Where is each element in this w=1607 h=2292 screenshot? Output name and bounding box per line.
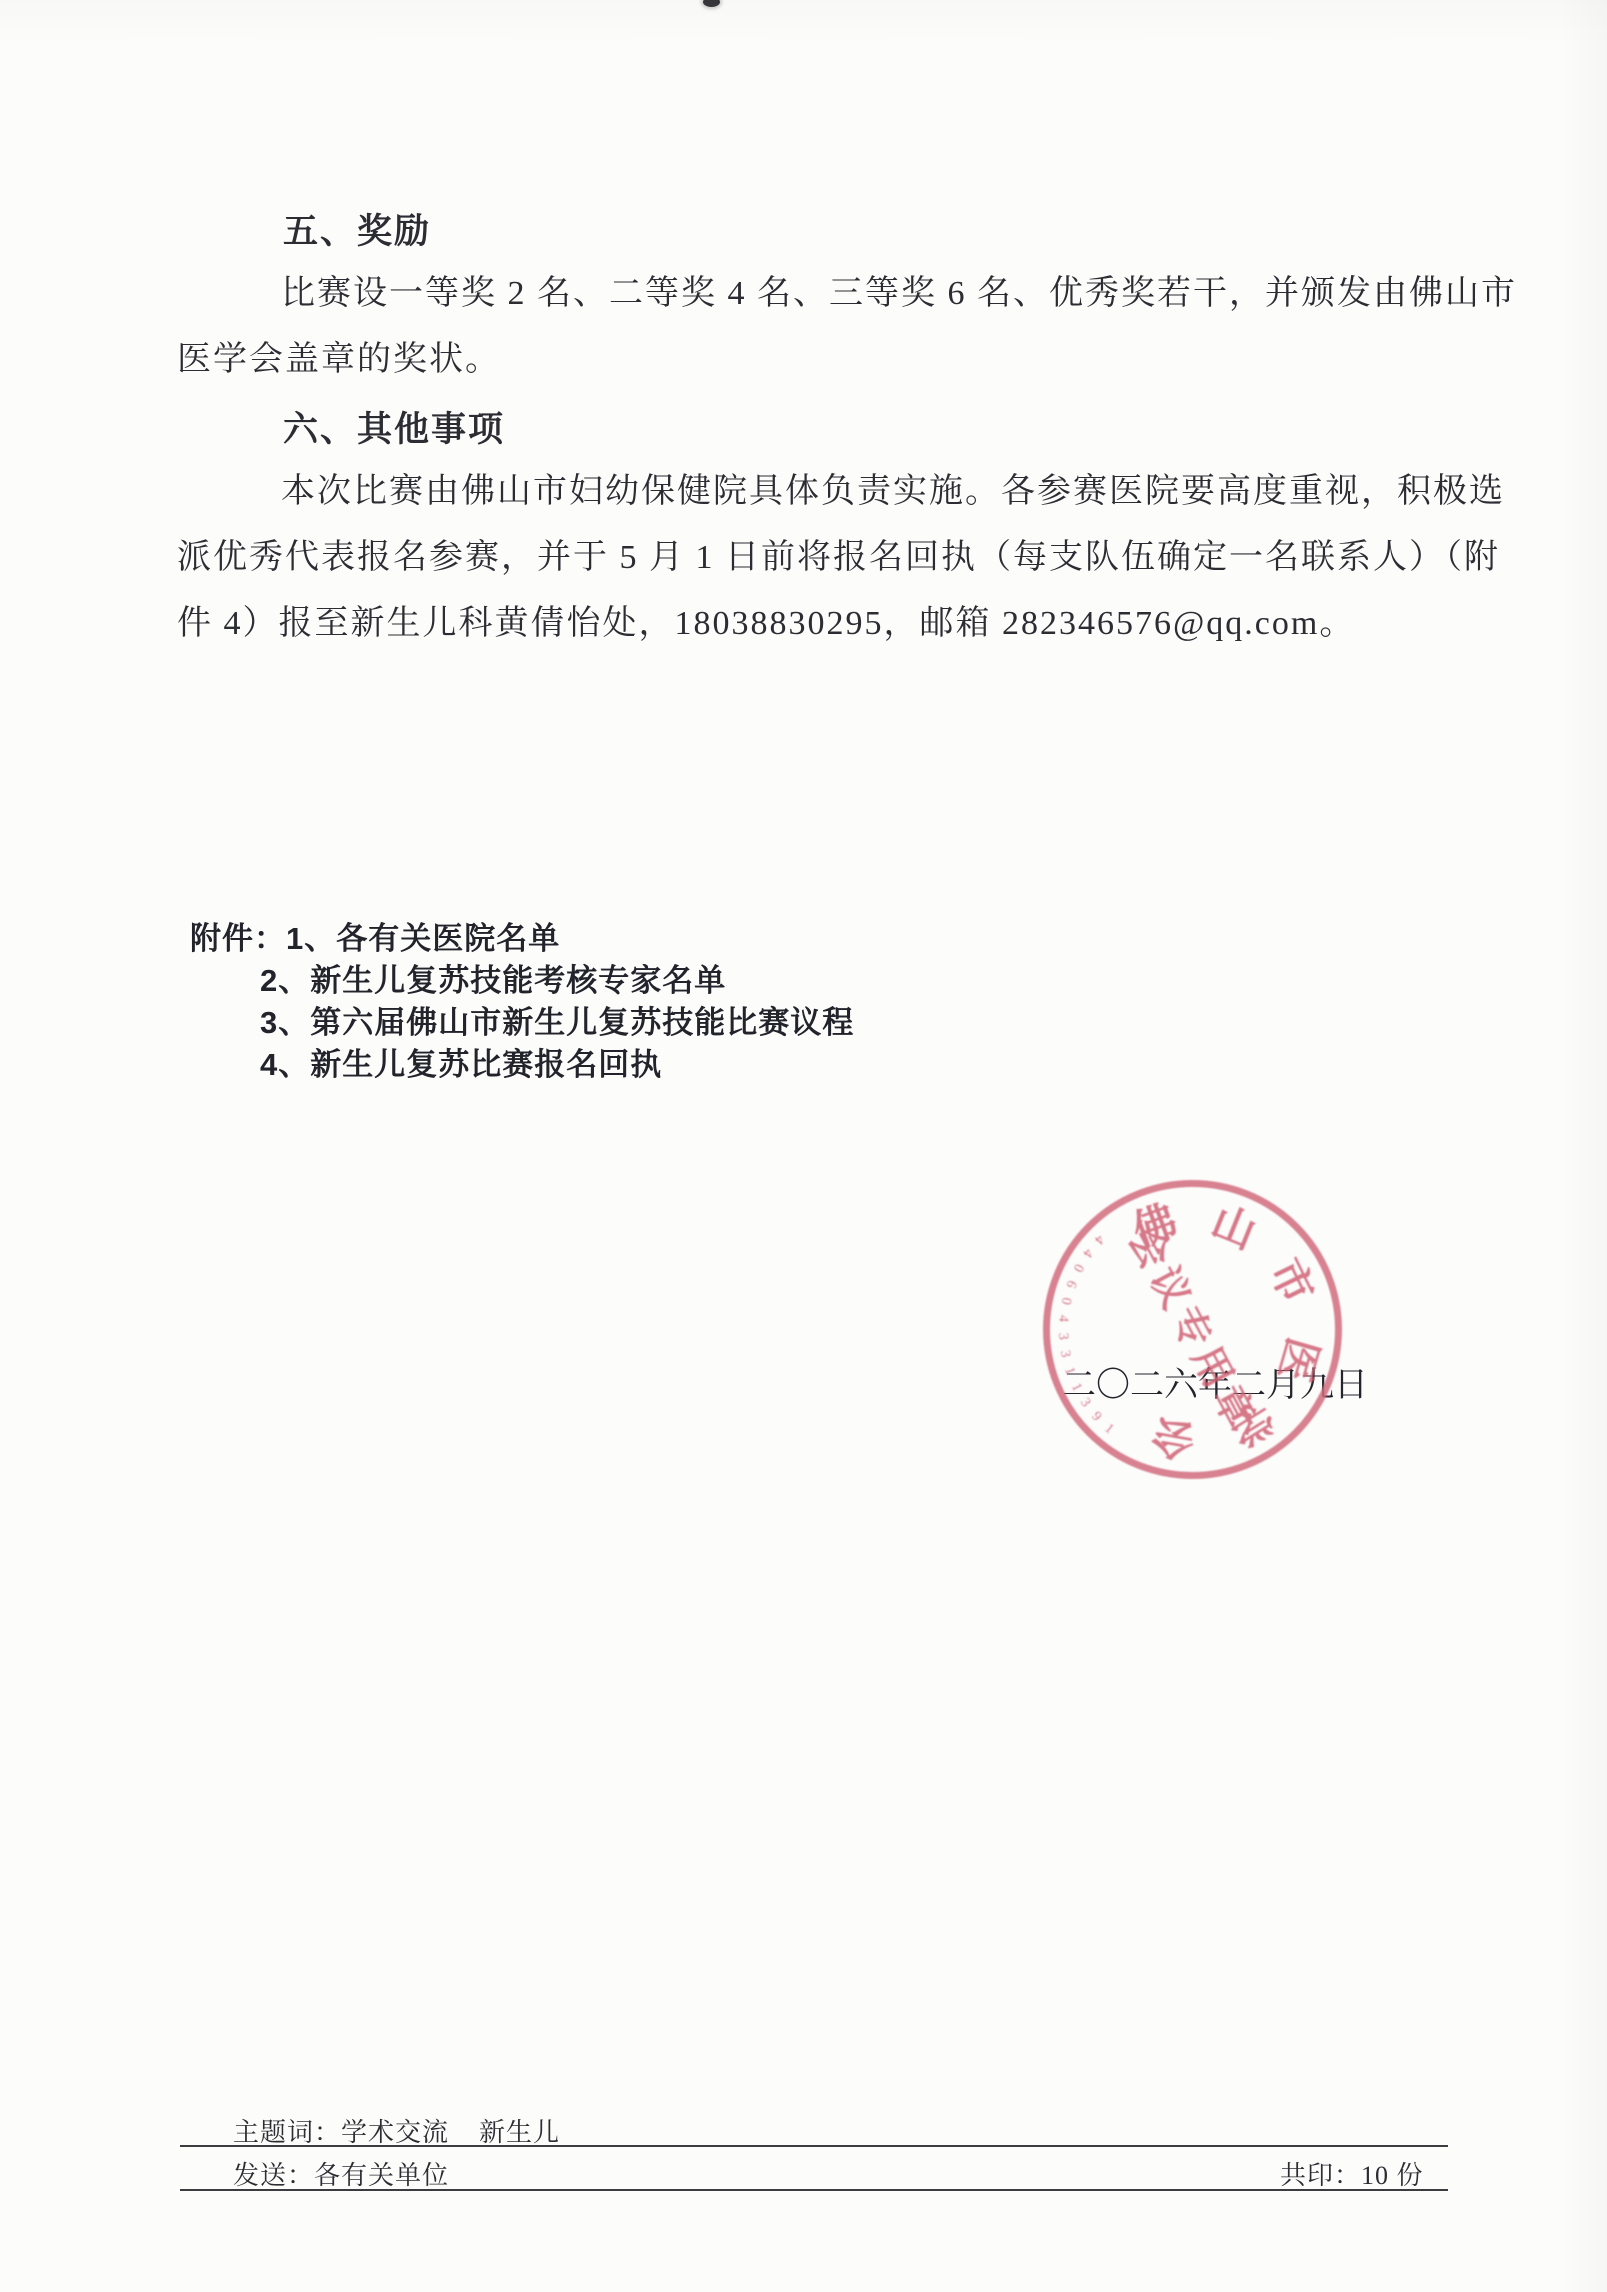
section-heading-awards: 五、奖励 xyxy=(283,204,431,254)
attachment-item-4: 4、新生儿复苏比赛报名回执 xyxy=(190,1044,854,1086)
body-line: 比赛设一等奖 2 名、二等奖 4 名、三等奖 6 名、优秀奖若干，并颁发由佛山市 xyxy=(281,272,1517,316)
body-line: 本次比赛由佛山市妇幼保健院具体负责实施。各参赛医院要高度重视，积极选 xyxy=(281,470,1505,514)
footer-divider-bottom xyxy=(180,2189,1448,2191)
body-line: 件 4）报至新生儿科黄倩怡处，18038830295，邮箱 282346576@… xyxy=(177,602,1355,646)
seal-serial-digit: 3 xyxy=(1055,1332,1070,1340)
send-to-value: 各有关单位 xyxy=(314,2161,449,2190)
seal-serial-digit: 4 xyxy=(1091,1231,1107,1246)
seal-serial-digit: 4 xyxy=(1055,1314,1071,1322)
seal-serial-digit: 0 xyxy=(1070,1261,1087,1274)
seal-serial-digit: 1 xyxy=(1101,1421,1116,1437)
attachments-label: 附件： xyxy=(190,921,286,956)
seal-ring-char: 市 xyxy=(1260,1252,1322,1312)
footer-send-row: 发送：各有关单位 xyxy=(233,2155,449,2192)
scan-artifact-dot xyxy=(703,0,720,7)
subject-label: 主题词： xyxy=(233,2118,341,2147)
footer-subject-row: 主题词：学术交流新生儿 xyxy=(233,2112,560,2149)
seal-serial-digit: 1 xyxy=(1061,1365,1077,1376)
seal-serial-digit: 4 xyxy=(1079,1246,1095,1261)
attachment-item-3: 3、第六届佛山市新生儿复苏技能比赛议程 xyxy=(190,1002,854,1044)
seal-serial-digit: 9 xyxy=(1088,1409,1104,1424)
section-heading-other-matters: 六、其他事项 xyxy=(283,402,505,452)
seal-serial-digit: 3 xyxy=(1077,1396,1093,1410)
seal-ring-char: 医 xyxy=(1269,1332,1326,1386)
subject-term-1: 学术交流 xyxy=(341,2118,449,2147)
official-seal: 佛山市医学会 会议专用章 4406043311391 xyxy=(1040,1177,1345,1482)
footer-divider-top xyxy=(180,2145,1448,2147)
seal-ring-char: 山 xyxy=(1205,1199,1262,1259)
seal-serial-digit: 0 xyxy=(1058,1296,1074,1306)
seal-serial-digit: 1 xyxy=(1068,1381,1085,1394)
body-line: 医学会盖章的奖状。 xyxy=(177,338,501,382)
footer-copies: 共印：10 份 xyxy=(1280,2155,1424,2192)
seal-ring-char: 会 xyxy=(1148,1410,1199,1465)
subject-term-2: 新生儿 xyxy=(479,2118,560,2147)
seal-graphic: 佛山市医学会 会议专用章 4406043311391 xyxy=(1040,1177,1345,1482)
attachment-item-2: 2、新生儿复苏技能考核专家名单 xyxy=(190,960,854,1002)
send-label: 发送： xyxy=(233,2161,314,2190)
seal-serial-digit: 3 xyxy=(1057,1349,1073,1359)
attachment-item-1: 1、各有关医院名单 xyxy=(286,921,560,956)
seal-serial-digit: 6 xyxy=(1062,1278,1079,1290)
attachment-item: 附件：1、各有关医院名单 xyxy=(190,918,854,960)
scanned-document-page: 五、奖励 比赛设一等奖 2 名、二等奖 4 名、三等奖 6 名、优秀奖若干，并颁… xyxy=(0,0,1607,2292)
body-line: 派优秀代表报名参赛，并于 5 月 1 日前将报名回执（每支队伍确定一名联系人）（… xyxy=(177,536,1500,580)
attachments-list: 附件：1、各有关医院名单 2、新生儿复苏技能考核专家名单 3、第六届佛山市新生儿… xyxy=(190,918,854,1086)
